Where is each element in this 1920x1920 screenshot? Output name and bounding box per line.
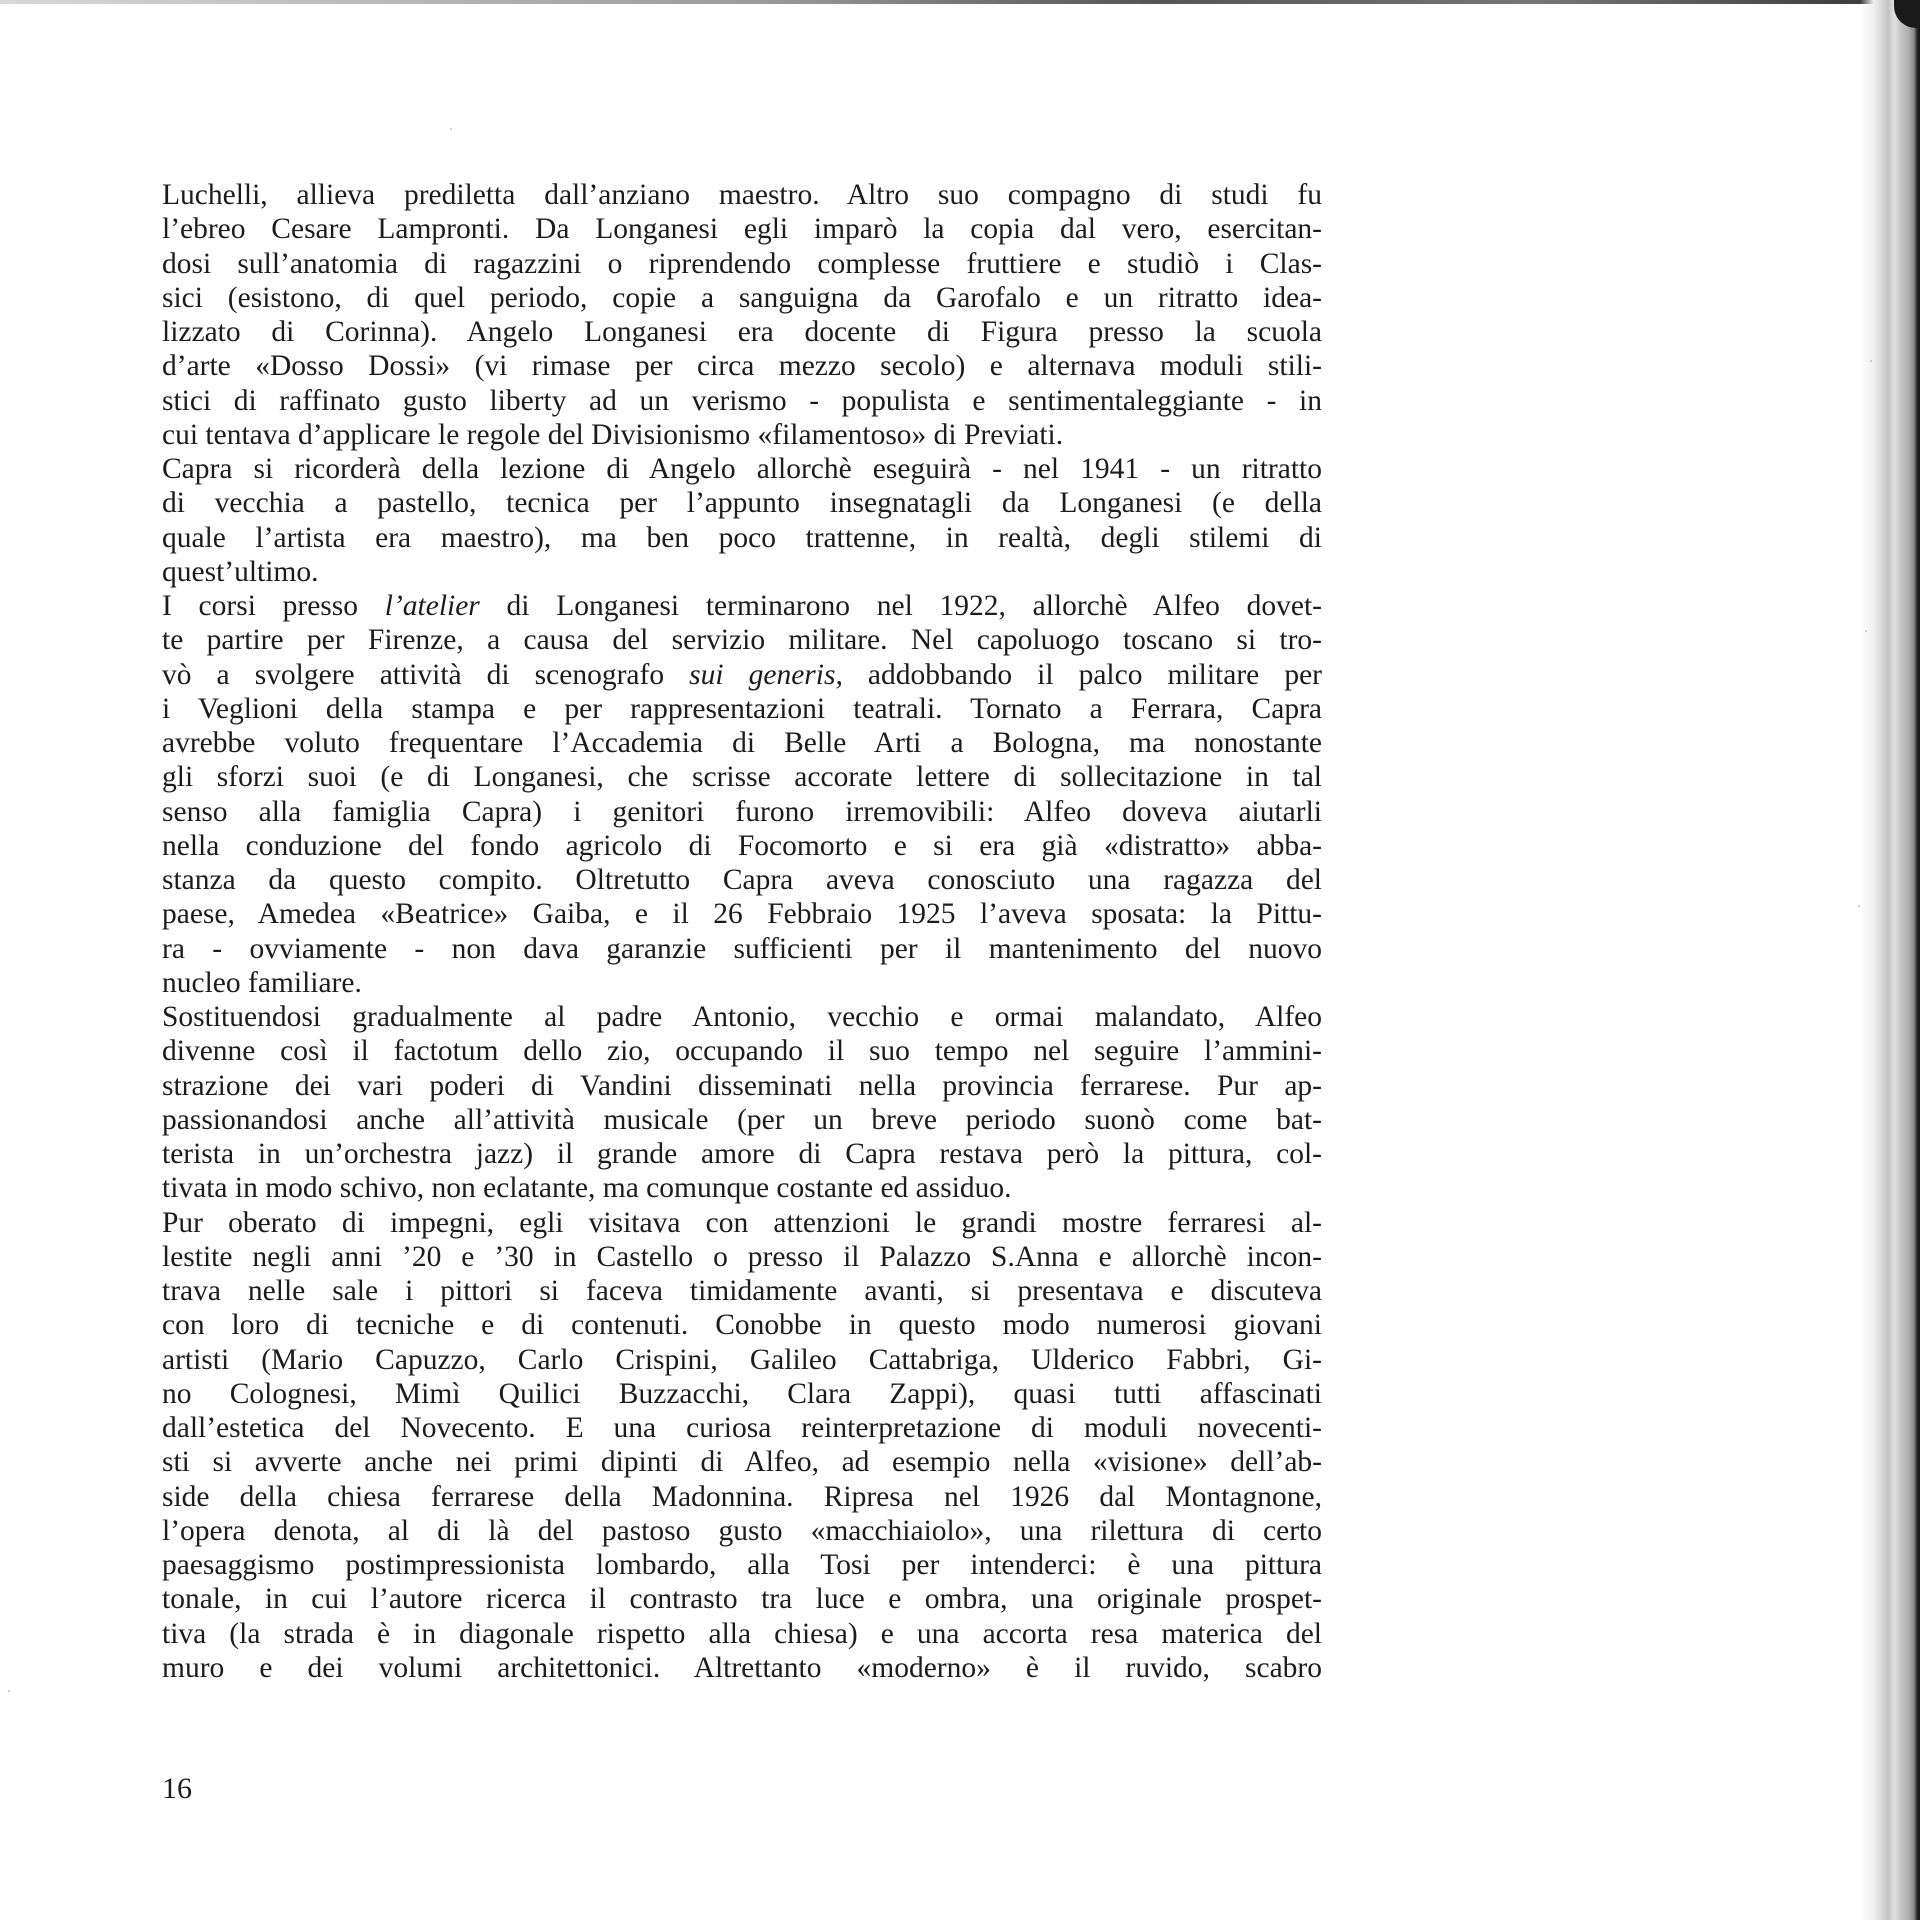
text-line: quest’ultimo. (162, 555, 1322, 589)
italic-term: l’atelier (385, 590, 480, 622)
text-line: paese, Amedea «Beatrice» Gaiba, e il 26 … (162, 897, 1322, 931)
text-line: di vecchia a pastello, tecnica per l’app… (162, 486, 1322, 520)
text-line: strazione dei vari poderi di Vandini dis… (162, 1069, 1322, 1103)
text-line: dosi sull’anatomia di ragazzini o ripren… (162, 247, 1322, 281)
page-number: 16 (162, 1772, 192, 1806)
text-line: tonale, in cui l’autore ricerca il contr… (162, 1582, 1322, 1616)
text-line: Luchelli, allieva prediletta dall’anzian… (162, 178, 1322, 212)
text-line: no Colognesi, Mimì Quilici Buzzacchi, Cl… (162, 1377, 1322, 1411)
text-line: Pur oberato di impegni, egli visitava co… (162, 1206, 1322, 1240)
text-line: trava nelle sale i pittori si faceva tim… (162, 1274, 1322, 1308)
text-line: cui tentava d’applicare le regole del Di… (162, 418, 1322, 452)
text-line: avrebbe voluto frequentare l’Accademia d… (162, 726, 1322, 760)
text-line: d’arte «Dosso Dossi» (vi rimase per circ… (162, 349, 1322, 383)
text-line: I corsi presso l’atelier di Longanesi te… (162, 589, 1322, 623)
text-line: senso alla famiglia Capra) i genitori fu… (162, 795, 1322, 829)
scan-speck (1858, 905, 1860, 907)
text-line: passionandosi anche all’attività musical… (162, 1103, 1322, 1137)
scan-speck (1870, 360, 1872, 362)
paragraph: Sostituendosi gradualmente al padre Anto… (162, 1000, 1322, 1206)
text-line: te partire per Firenze, a causa del serv… (162, 623, 1322, 657)
text-line: vò a svolgere attività di scenografo sui… (162, 658, 1322, 692)
text-line: ra - ovviamente - non dava garanzie suff… (162, 932, 1322, 966)
paragraph: Luchelli, allieva prediletta dall’anzian… (162, 178, 1322, 452)
book-page: Luchelli, allieva prediletta dall’anzian… (0, 0, 1920, 1920)
text-line: divenne così il factotum dello zio, occu… (162, 1034, 1322, 1068)
text-line: l’ebreo Cesare Lampronti. Da Longanesi e… (162, 212, 1322, 246)
scan-speck (8, 1690, 10, 1692)
text-line: gli sforzi suoi (e di Longanesi, che scr… (162, 760, 1322, 794)
text-line: stici di raffinato gusto liberty ad un v… (162, 384, 1322, 418)
italic-term: sui generis, (689, 659, 843, 691)
text-line: dall’estetica del Novecento. E una curio… (162, 1411, 1322, 1445)
paragraph: I corsi presso l’atelier di Longanesi te… (162, 589, 1322, 1000)
text-line: sti si avverte anche nei primi dipinti d… (162, 1445, 1322, 1479)
text-line: tivata in modo schivo, non eclatante, ma… (162, 1171, 1322, 1205)
text-line: sici (esistono, di quel periodo, copie a… (162, 281, 1322, 315)
text-line: Capra si ricorderà della lezione di Ange… (162, 452, 1322, 486)
text-line: Sostituendosi gradualmente al padre Anto… (162, 1000, 1322, 1034)
text-line: lestite negli anni ’20 e ’30 in Castello… (162, 1240, 1322, 1274)
text-line: muro e dei volumi architettonici. Altret… (162, 1651, 1322, 1685)
scan-speck (450, 128, 452, 130)
paragraph: Capra si ricorderà della lezione di Ange… (162, 452, 1322, 589)
text-line: paesaggismo postimpressionista lombardo,… (162, 1548, 1322, 1582)
text-line: stanza da questo compito. Oltretutto Cap… (162, 863, 1322, 897)
text-line: quale l’artista era maestro), ma ben poc… (162, 521, 1322, 555)
text-line: nucleo familiare. (162, 966, 1322, 1000)
book-spine-shadow (1860, 0, 1920, 1920)
text-line: artisti (Mario Capuzzo, Carlo Crispini, … (162, 1343, 1322, 1377)
text-line: l’opera denota, al di là del pastoso gus… (162, 1514, 1322, 1548)
text-line: terista in un’orchestra jazz) il grande … (162, 1137, 1322, 1171)
text-line: tiva (la strada è in diagonale rispetto … (162, 1617, 1322, 1651)
text-line: side della chiesa ferrarese della Madonn… (162, 1480, 1322, 1514)
body-text-column: Luchelli, allieva prediletta dall’anzian… (162, 178, 1322, 1685)
text-line: nella conduzione del fondo agricolo di F… (162, 829, 1322, 863)
text-line: con loro di tecniche e di contenuti. Con… (162, 1308, 1322, 1342)
text-line: lizzato di Corinna). Angelo Longanesi er… (162, 315, 1322, 349)
scan-top-edge (0, 0, 1920, 4)
paragraph: Pur oberato di impegni, egli visitava co… (162, 1206, 1322, 1686)
scan-speck (1865, 630, 1867, 632)
text-line: i Veglioni della stampa e per rappresent… (162, 692, 1322, 726)
